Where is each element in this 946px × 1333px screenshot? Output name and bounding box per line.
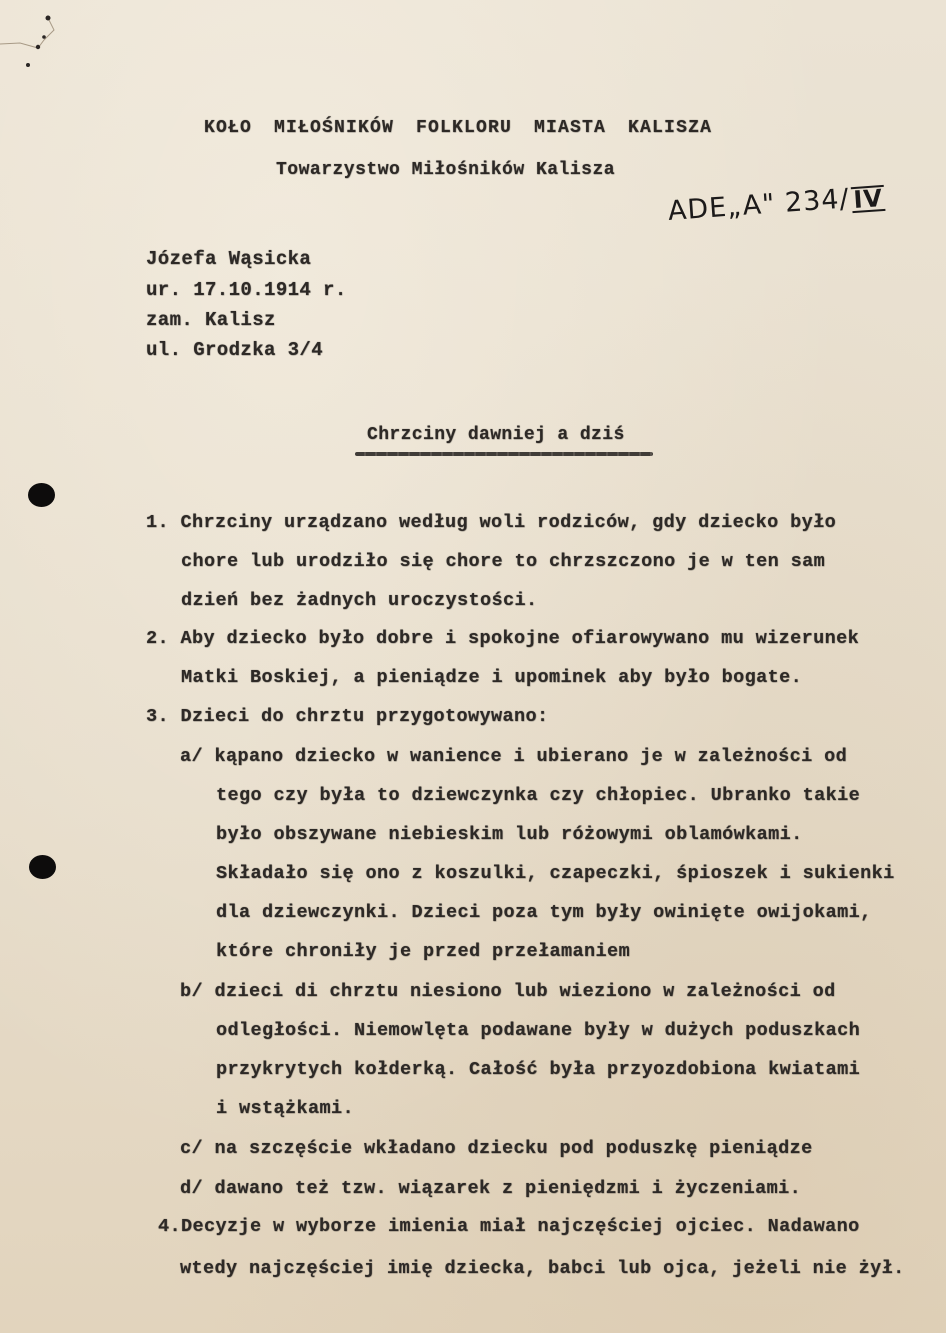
body-line: chore lub urodziło się chore to chrzszcz…: [181, 551, 825, 572]
body-line: wtedy najczęściej imię dziecka, babci lu…: [180, 1258, 905, 1279]
paper-scratch-mark: [0, 10, 70, 70]
body-line: 1. Chrzciny urządzano według woli rodzic…: [146, 512, 836, 533]
archive-signature: ADE„A" 234/IV: [667, 181, 886, 227]
body-line: które chroniły je przed przełamaniem: [216, 941, 630, 962]
archive-signature-text: ADE„A" 234/: [667, 183, 851, 227]
body-line: dla dziewczynki. Dzieci poza tym były ow…: [216, 902, 872, 923]
body-line: tego czy była to dziewczynka czy chłopie…: [216, 785, 860, 806]
body-line: a/ kąpano dziecko w wanience i ubierano …: [180, 746, 847, 767]
document-title: Chrzciny dawniej a dziś: [367, 425, 625, 445]
author-name: Józefa Wąsicka: [146, 248, 311, 270]
body-line: i wstążkami.: [216, 1098, 354, 1119]
body-line: było obszywane niebieskim lub różowymi o…: [216, 824, 803, 845]
body-line: dzień bez żadnych uroczystości.: [181, 590, 538, 611]
archive-volume: IV: [851, 184, 886, 212]
organization-heading: KOŁO MIŁOŚNIKÓW FOLKLORU MIASTA KALISZA: [204, 118, 712, 138]
body-line: d/ dawano też tzw. wiązarek z pieniędzmi…: [180, 1178, 801, 1199]
body-line: 2. Aby dziecko było dobre i spokojne ofi…: [146, 628, 859, 649]
body-line: odległości. Niemowlęta podawane były w d…: [216, 1020, 860, 1041]
author-residence: zam. Kalisz: [146, 309, 276, 331]
body-line: b/ dzieci di chrztu niesiono lub wiezion…: [180, 981, 836, 1002]
author-birthdate: ur. 17.10.1914 r.: [146, 279, 347, 301]
body-line: przykrytych kołderką. Całość była przyoz…: [216, 1059, 860, 1080]
body-line: 4.Decyzje w wyborze imienia miał najczęś…: [158, 1216, 860, 1237]
punch-hole-bottom: [29, 855, 56, 879]
body-line: 3. Dzieci do chrztu przygotowywano:: [146, 706, 549, 727]
body-line: c/ na szczęście wkładano dziecku pod pod…: [180, 1138, 813, 1159]
body-line: Składało się ono z koszulki, czapeczki, …: [216, 863, 895, 884]
title-underline: [355, 452, 653, 456]
society-subheading: Towarzystwo Miłośników Kalisza: [276, 160, 615, 180]
body-line: Matki Boskiej, a pieniądze i upominek ab…: [181, 667, 802, 688]
author-address: ul. Grodzka 3/4: [146, 339, 323, 361]
punch-hole-top: [28, 483, 55, 507]
